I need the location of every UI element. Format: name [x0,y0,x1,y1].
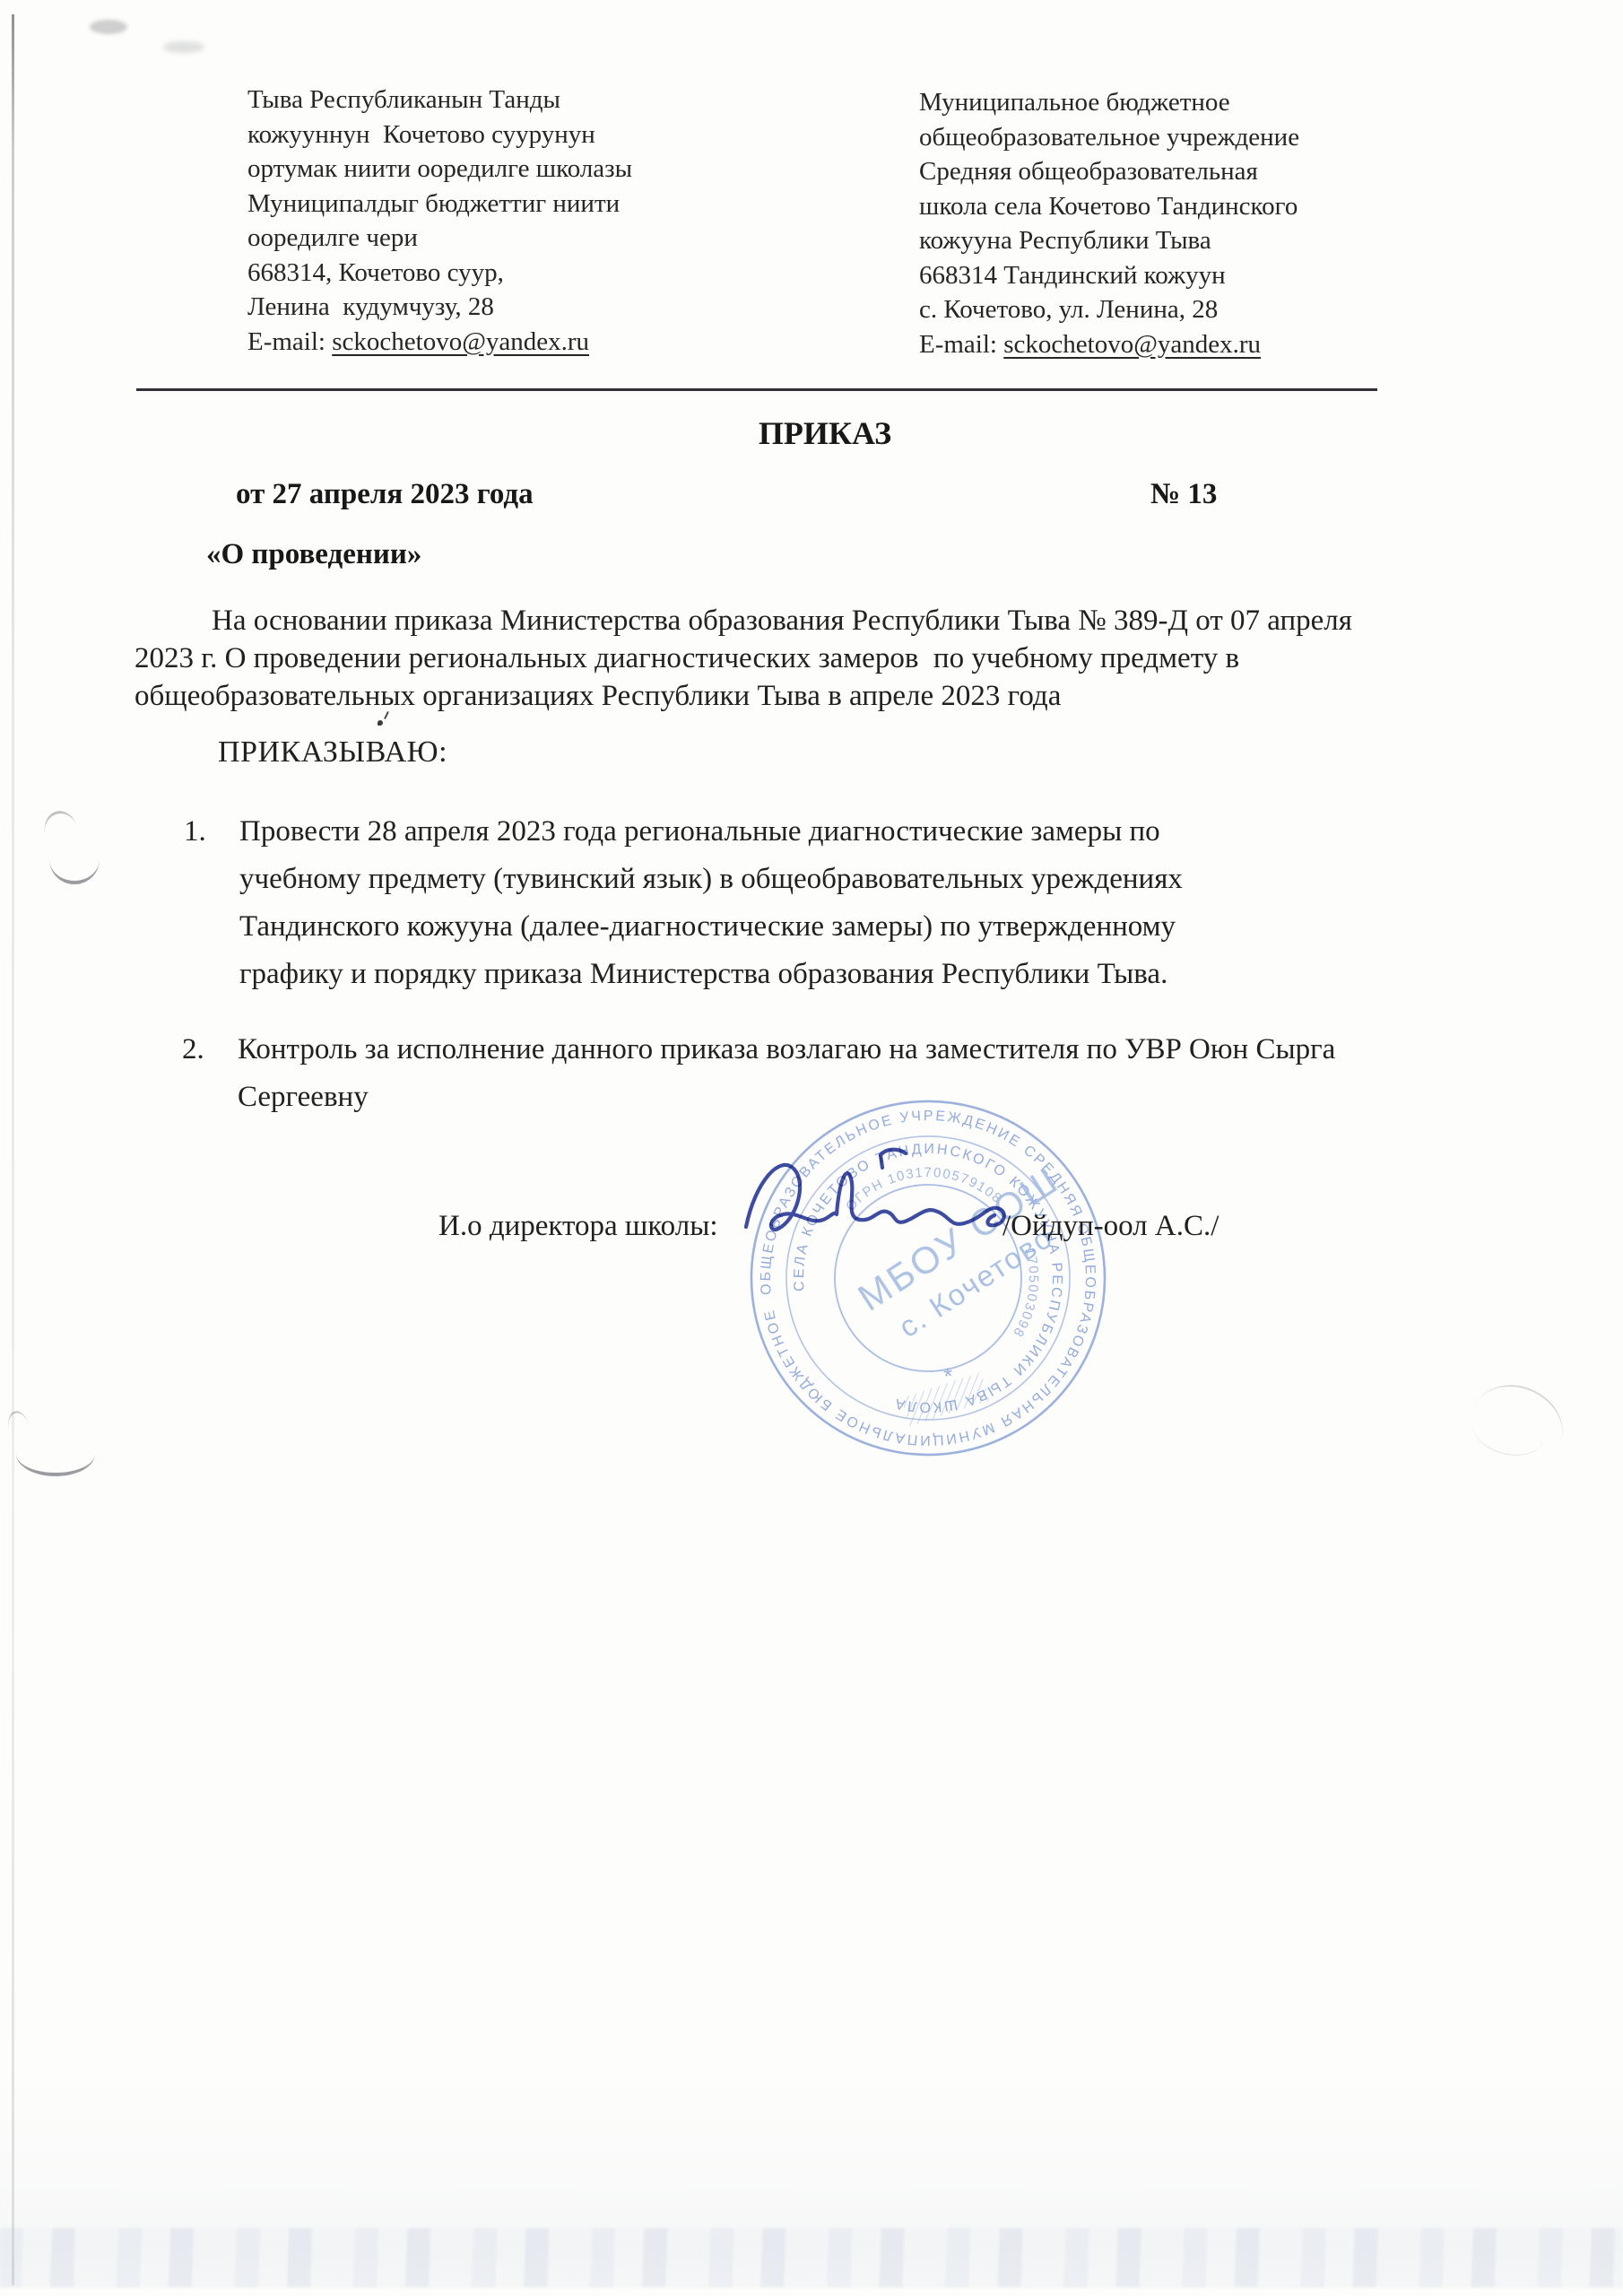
order-preamble: На основании приказа Министерства образо… [135,602,1352,715]
order-title: ПРИКАЗ [152,414,1497,452]
text-line: кожууна Республики Тыва [919,223,1299,258]
text-line: ортумак ниити ооредилге школазы [247,152,632,187]
letterhead-russian: Муниципальное бюджетноеобщеобразовательн… [919,85,1299,361]
text-line: графику и порядку приказа Министерства о… [239,951,1183,998]
text-line: общеобразовательное учреждение [919,120,1299,155]
text-line: школа села Кочетово Тандинского [919,189,1299,224]
letterhead-tuvan: Тыва Республиканын Тандыкожууннун Кочето… [247,83,632,359]
scanned-order-page: Тыва Республиканын Тандыкожууннун Кочето… [0,0,1623,2296]
text-line: Тыва Республиканын Танды [247,83,632,117]
text-line: 668314, Кочетово суур, [247,256,632,291]
order-date: от 27 апреля 2023 года [236,478,534,511]
command-word: ПРИКАЗЫВАЮ: [218,735,447,770]
scan-edge [12,14,14,2285]
text-line: ооредилге чери [247,221,632,256]
text-line: учебному предмету (тувинский язык) в общ… [239,856,1183,903]
email-address: sckochetovo@yandex.ru [1003,330,1261,359]
text-line: с. Кочетово, ул. Ленина, 28 [919,292,1299,327]
hole-punch [45,809,104,884]
paper-curl-mark [1459,1371,1575,1480]
text-line: Муниципальное бюджетное [919,85,1299,120]
order-number: № 13 [1150,478,1217,511]
text-line: Ленина кудумчузу, 28 [247,290,632,325]
text-line: 2023 г. О проведении региональных диагно… [135,639,1352,677]
text-line: Контроль за исполнение данного приказа в… [238,1026,1335,1074]
scan-bottom-band [0,2228,1623,2287]
text-line: кожууннун Кочетово суурунун [247,117,632,152]
item-number: 2. [182,1026,238,1121]
item-number: 1. [184,808,239,998]
scan-smudge [163,41,204,53]
hole-punch [9,1410,102,1476]
separator-rule [136,388,1377,391]
order-item-2: 2. Контроль за исполнение данного приказ… [182,1026,1335,1121]
text-line: 668314 Тандинский кожуун [919,258,1299,293]
order-item-1: 1. Провести 28 апреля 2023 года регионал… [184,808,1183,998]
text-line: Провести 28 апреля 2023 года региональны… [239,808,1183,856]
email-label: E-mail: [919,330,1003,359]
email-label: E-mail: [247,327,332,356]
email-address: sckochetovo@yandex.ru [332,327,589,356]
text-line: Средняя общеобразовательная [919,154,1299,189]
text-line: На основании приказа Министерства образо… [135,602,1352,639]
signature-label: И.о директора школы: [438,1210,718,1243]
scan-smudge [90,20,127,34]
text-line: Муниципалдыг бюджеттиг ниити [247,187,632,222]
text-line: Тандинского кожууна (далее-диагностическ… [239,903,1183,951]
order-subject: «О проведении» [206,538,421,571]
email-line: E-mail: sckochetovo@yandex.ru [247,325,632,360]
handwritten-signature [728,1126,1033,1270]
email-line: E-mail: sckochetovo@yandex.ru [919,327,1299,362]
text-line: общеобразовательных организациях Республ… [135,677,1352,715]
